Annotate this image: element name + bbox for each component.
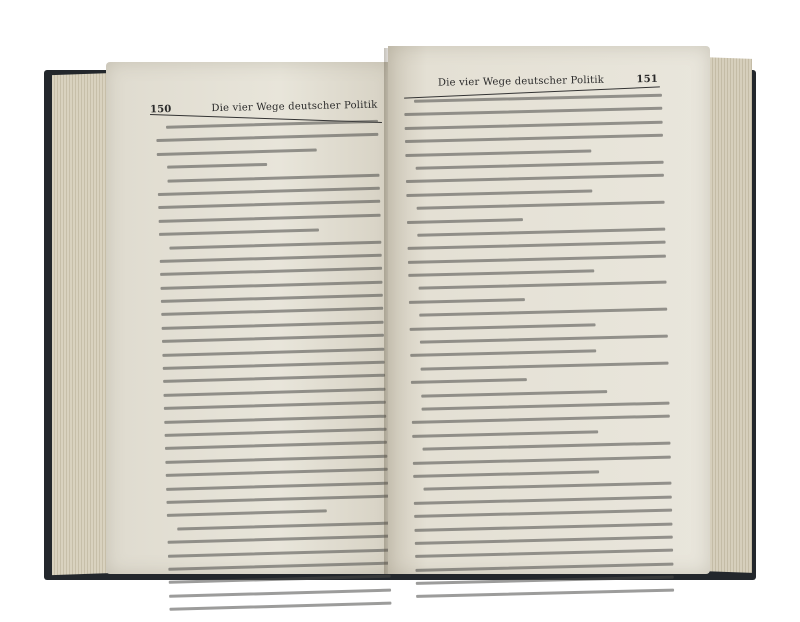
- left-running-title: Die vier Wege deutscher Politik: [211, 100, 377, 114]
- text-line-placeholder: [417, 201, 665, 210]
- text-line-placeholder: [163, 388, 385, 397]
- text-line-placeholder: [421, 390, 607, 398]
- text-line-placeholder: [162, 334, 384, 343]
- text-line-placeholder: [413, 455, 671, 464]
- text-line-placeholder: [162, 347, 384, 356]
- text-line-placeholder: [405, 134, 663, 143]
- text-line-placeholder: [415, 549, 673, 558]
- text-line-placeholder: [158, 200, 380, 209]
- text-line-placeholder: [159, 213, 381, 222]
- text-line-placeholder: [161, 294, 383, 303]
- text-line-placeholder: [168, 535, 390, 544]
- left-running-head: 150 Die vier Wege deutscher Politik: [150, 100, 380, 116]
- text-line-placeholder: [414, 522, 672, 531]
- text-line-placeholder: [409, 298, 525, 304]
- left-page-body: [156, 120, 392, 621]
- text-line-placeholder: [166, 120, 378, 129]
- text-line-placeholder: [166, 481, 388, 490]
- text-line-placeholder: [422, 402, 670, 411]
- text-line-placeholder: [163, 374, 385, 383]
- text-line-placeholder: [421, 361, 669, 370]
- text-line-placeholder: [408, 269, 594, 277]
- right-page: Die vier Wege deutscher Politik 151: [388, 46, 710, 574]
- text-line-placeholder: [168, 548, 390, 557]
- text-line-placeholder: [410, 323, 596, 331]
- text-line-placeholder: [423, 482, 671, 491]
- text-line-placeholder: [412, 415, 670, 424]
- right-page-block-edge: [704, 57, 752, 573]
- text-line-placeholder: [410, 350, 596, 358]
- text-line-placeholder: [166, 468, 388, 477]
- text-line-placeholder: [414, 509, 672, 518]
- text-line-placeholder: [405, 120, 663, 129]
- text-line-placeholder: [164, 401, 386, 410]
- text-line-placeholder: [406, 174, 664, 183]
- text-line-placeholder: [169, 240, 381, 249]
- text-line-placeholder: [165, 454, 387, 463]
- text-line-placeholder: [169, 588, 391, 597]
- text-line-placeholder: [408, 241, 666, 250]
- left-page: 150 Die vier Wege deutscher Politik: [106, 62, 396, 574]
- right-running-head: Die vier Wege deutscher Politik 151: [408, 74, 658, 89]
- text-line-placeholder: [413, 470, 599, 478]
- text-line-placeholder: [161, 307, 383, 316]
- text-line-placeholder: [167, 510, 327, 517]
- text-line-placeholder: [166, 495, 388, 504]
- text-line-placeholder: [416, 576, 674, 585]
- text-line-placeholder: [412, 430, 598, 438]
- open-book: 150 Die vier Wege deutscher Politik Die …: [44, 40, 760, 580]
- right-page-body: [404, 94, 674, 609]
- text-line-placeholder: [416, 589, 674, 598]
- text-line-placeholder: [169, 575, 391, 584]
- text-line-placeholder: [160, 267, 382, 276]
- text-line-placeholder: [165, 428, 387, 437]
- text-line-placeholder: [415, 535, 673, 544]
- text-line-placeholder: [164, 414, 386, 423]
- text-line-placeholder: [168, 562, 390, 571]
- text-line-placeholder: [156, 133, 378, 142]
- text-line-placeholder: [414, 495, 672, 504]
- text-line-placeholder: [420, 335, 668, 344]
- text-line-placeholder: [167, 163, 267, 169]
- text-line-placeholder: [177, 521, 389, 530]
- text-line-placeholder: [416, 161, 664, 170]
- right-page-number: 151: [636, 74, 658, 85]
- text-line-placeholder: [169, 602, 391, 611]
- text-line-placeholder: [423, 442, 671, 451]
- text-line-placeholder: [408, 254, 666, 263]
- text-line-placeholder: [419, 281, 667, 290]
- text-line-placeholder: [160, 280, 382, 289]
- text-line-placeholder: [157, 148, 317, 155]
- text-line-placeholder: [159, 229, 319, 236]
- text-line-placeholder: [415, 562, 673, 571]
- text-line-placeholder: [405, 149, 591, 157]
- text-line-placeholder: [404, 107, 662, 116]
- text-line-placeholder: [165, 441, 387, 450]
- right-running-title: Die vier Wege deutscher Politik: [438, 75, 604, 89]
- text-line-placeholder: [406, 189, 592, 197]
- text-line-placeholder: [417, 228, 665, 237]
- text-line-placeholder: [162, 321, 384, 330]
- text-line-placeholder: [411, 378, 527, 384]
- text-line-placeholder: [167, 173, 379, 182]
- text-line-placeholder: [163, 361, 385, 370]
- text-line-placeholder: [160, 254, 382, 263]
- text-line-placeholder: [419, 308, 667, 317]
- text-line-placeholder: [158, 187, 380, 196]
- text-line-placeholder: [407, 218, 523, 224]
